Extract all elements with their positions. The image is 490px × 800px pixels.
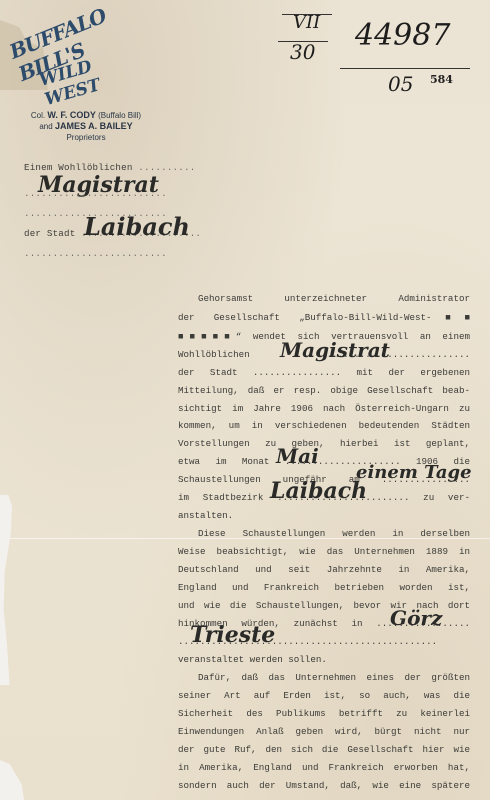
body-line: Gehorsamst unterzeichneter Administrator [178,292,470,305]
handwritten-day: einem Tage [356,462,472,483]
body-line: der Gesellschaft „Buffalo-Bill-Wild-West… [178,311,470,324]
registry-roman: VII [293,12,320,33]
body-line: der Stadt ................ mit der ergeb… [178,366,470,379]
body-line: Sicherheit des Publikums betrifft zu kei… [178,707,470,720]
body-line: in Amerika, England und Frankreich erwor… [178,761,470,774]
torn-corner [0,760,24,800]
body-line: England und Frankreich betrieben worden … [178,581,470,594]
address-line2-dots: ......................... [24,188,167,199]
handwritten-authority-2: Magistrat [280,338,390,362]
body-line: Vorstellungen zu geben, hierbei ist gepl… [178,437,470,450]
body-line: Weise beabsichtigt, wie das Unternehmen … [178,545,470,558]
address-line5-dots: ......................... [24,248,167,259]
proprietor1-name: W. F. CODY [47,110,96,120]
body-line: der gute Ruf, den sich die Gesellschaft … [178,743,470,756]
body-line: kommen, um in verschiedenen bedeutenden … [178,419,470,432]
body-line: seiner Art auf Erden ist, so auch, was d… [178,689,470,702]
body-line: sichtigt im Jahre 1906 nach Österreich-U… [178,402,470,415]
registry-rule [340,68,470,69]
letter-page: BUFFALO BILL'S WILD WEST Col. W. F. CODY… [0,0,490,800]
body-line: Diese Schaustellungen werden in derselbe… [178,527,470,540]
proprietor2-prefix: and [39,122,52,131]
body-line: Mitteilung, daß er resp. obige Gesellsch… [178,384,470,397]
proprietor1-note: (Buffalo Bill) [98,111,141,120]
proprietor2-name: JAMES A. BAILEY [55,121,133,131]
handwritten-city: Laibach [84,212,190,241]
body-line: veranstaltet werden sollen. [178,653,470,666]
registry-stamp: 584 [430,73,453,86]
registry-number: 44987 [355,18,450,53]
torn-edge [0,495,12,685]
handwritten-district: Laibach [270,478,367,504]
body-line: Einwendungen Anlaß geben wird, bürgt nic… [178,725,470,738]
handwritten-city1: Görz [390,606,442,630]
body-line: sondern auch der Umstand, daß, wie eine … [178,779,470,792]
body-line: Dafür, daß das Unternehmen eines der grö… [178,671,470,684]
handwritten-city2: Trieste [190,622,275,648]
proprietors-block: Col. W. F. CODY (Buffalo Bill) and JAMES… [16,110,156,143]
registry-year: 05 [388,72,413,96]
proprietor1-prefix: Col. [31,111,45,120]
proprietors-label: Proprietors [16,132,156,143]
body-line: anstalten. [178,509,470,522]
buffalo-bill-logo: BUFFALO BILL'S WILD WEST [16,26,156,96]
registry-day: 30 [290,40,315,64]
body-line: Deutschland und seit Jahrzehnte in Ameri… [178,563,470,576]
handwritten-month: Mai [276,444,319,468]
